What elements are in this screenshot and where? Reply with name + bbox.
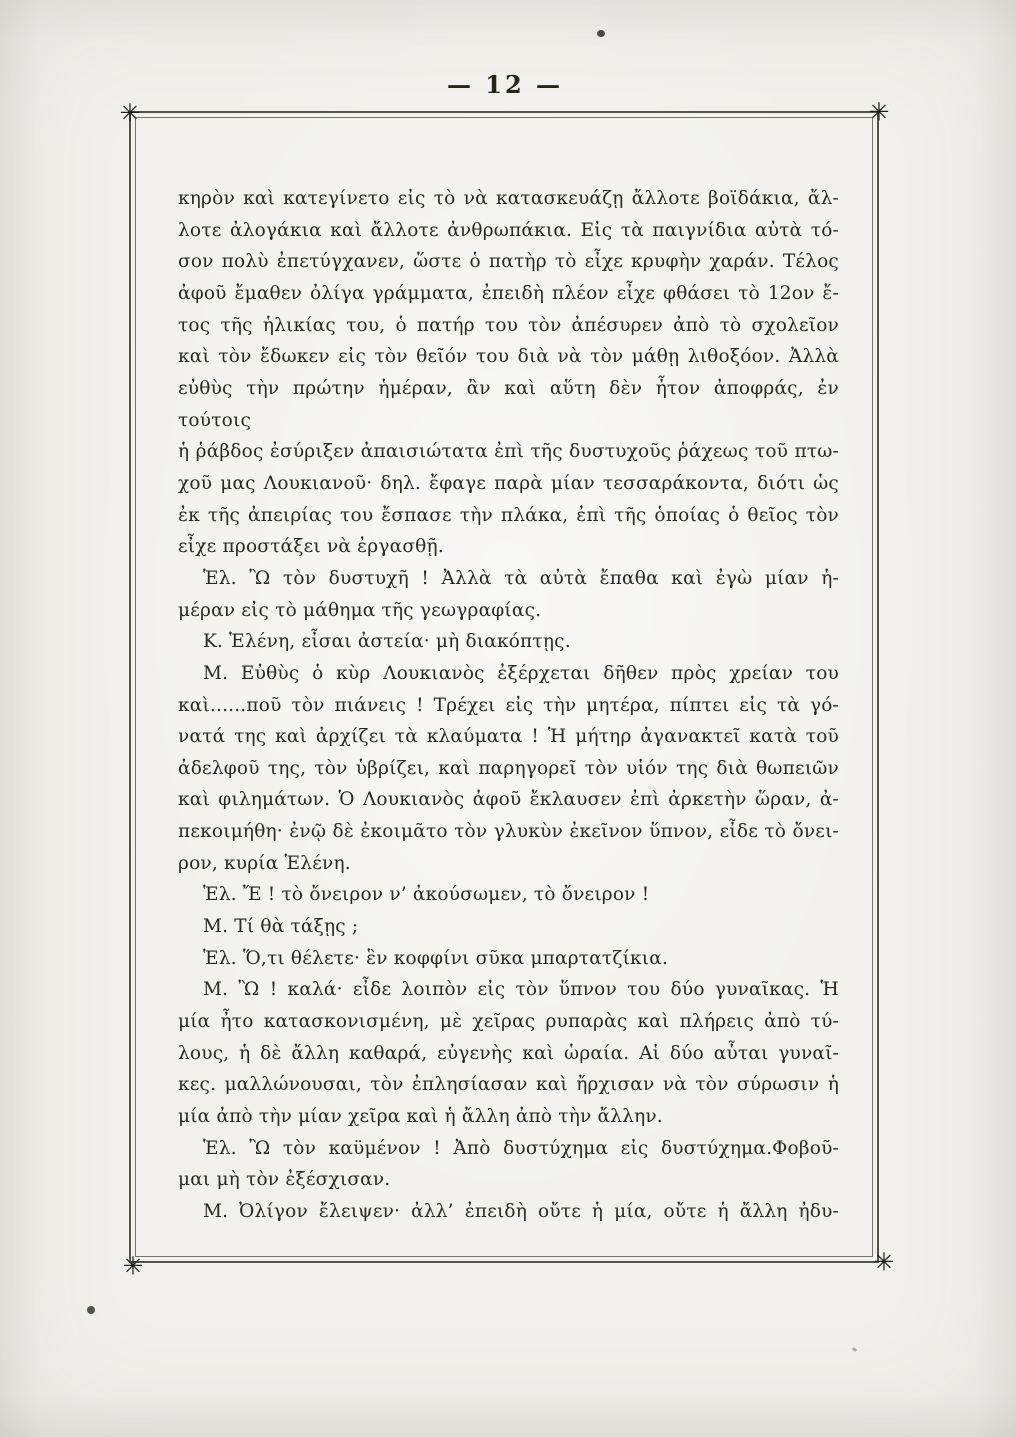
- text-line: ρον, κυρία Ἑλένη.: [178, 848, 839, 880]
- text-line: μία ἀπὸ τὴν μίαν χεῖρα καὶ ἡ ἄλλη ἀπὸ τὴ…: [178, 1101, 839, 1133]
- text-line: πεκοιμήθη· ἐνῷ δὲ ἐκοιμᾶτο τὸν γλυκὺν ἐκ…: [178, 816, 839, 848]
- text-line: Μ. Ὢ ! καλά· εἶδε λοιπὸν εἰς τὸν ὕπνον τ…: [178, 974, 839, 1006]
- text-line: λοτε ἀλογάκια καὶ ἄλλοτε ἀνθρωπάκια. Εἰς…: [178, 215, 839, 247]
- text-block: κηρὸν καὶ κατεγίνετο εἰς τὸ νὰ κατασκευά…: [178, 183, 839, 1228]
- text-line: εὐθὺς τὴν πρώτην ἡμέραν, ἂν καὶ αὕτη δὲν…: [178, 373, 839, 436]
- corner-star-icon: ✳: [123, 1254, 144, 1279]
- page-number: — 12 —: [129, 70, 881, 99]
- corner-star-icon: ✳: [120, 101, 141, 126]
- text-line: εἶχε προστάξει νὰ ἐργασθῇ.: [178, 531, 839, 563]
- text-line: ἀφοῦ ἔμαθεν ὀλίγα γράμματα, ἐπειδὴ πλέον…: [178, 278, 839, 310]
- text-line: Μ. Τί θὰ τάξῃς ;: [178, 911, 839, 943]
- text-line: Μ. Εὐθὺς ὁ κὺρ Λουκιανὸς ἐξέρχεται δῆθεν…: [178, 658, 839, 690]
- text-line: Ἑλ. Ὢ τὸν δυστυχῆ ! Ἀλλὰ τὰ αὐτὰ ἔπαθα κ…: [178, 563, 839, 595]
- scan-speck: [87, 1306, 95, 1314]
- text-line: μία ἦτο κατασκονισμένη, μὲ χεῖρας ρυπαρὰ…: [178, 1006, 839, 1038]
- text-line: Ἑλ. Ἔ ! τὸ ὄνειρον ν’ ἀκούσωμεν, τὸ ὄνει…: [178, 879, 839, 911]
- corner-star-icon: ✳: [869, 100, 890, 125]
- text-line: νατά της καὶ ἀρχίζει τὰ κλαύματα ! Ἡ μήτ…: [178, 721, 839, 753]
- text-line: κηρὸν καὶ κατεγίνετο εἰς τὸ νὰ κατασκευά…: [178, 183, 839, 215]
- text-line: καὶ......ποῦ τὸν πιάνεις ! Τρέχει εἰς τὴ…: [178, 690, 839, 722]
- text-line: λους, ἡ δὲ ἄλλη καθαρά, εὐγενὴς καὶ ὡραί…: [178, 1038, 839, 1070]
- text-line: ἡ ῥάβδος ἐσύριξεν ἀπαισιώτατα ἐπὶ τῆς δυ…: [178, 436, 839, 468]
- scanned-book-page: { "page": { "number_label": "— 12 —", "c…: [0, 0, 1016, 1437]
- text-line: καὶ τὸν ἔδωκεν εἰς τὸν θεῖόν του διὰ νὰ …: [178, 341, 839, 373]
- text-line: καὶ φιλημάτων. Ὁ Λουκιανὸς ἀφοῦ ἔκλαυσεν…: [178, 784, 839, 816]
- scan-speck: [597, 30, 605, 37]
- text-line: μαι μὴ τὸν ἐξέσχισαν.: [178, 1164, 839, 1196]
- text-line: κες. μαλλώνουσαι, τὸν ἐπλησίασαν καὶ ἤρχ…: [178, 1069, 839, 1101]
- corner-star-icon: ✳: [874, 1250, 895, 1275]
- text-line: Κ. Ἑλένη, εἶσαι ἀστεία· μὴ διακόπτῃς.: [178, 626, 839, 658]
- text-line: σον πολὺ ἐπετύγχανεν, ὥστε ὁ πατὴρ τὸ εἶ…: [178, 246, 839, 278]
- text-line: μέραν εἰς τὸ μάθημα τῆς γεωγραφίας.: [178, 595, 839, 627]
- text-line: Ἑλ. Ὢ τὸν καϋμένον ! Ἀπὸ δυστύχημα εἰς δ…: [178, 1133, 839, 1165]
- text-line: ἀδελφοῦ της, τὸν ὑβρίζει, καὶ παρηγορεῖ …: [178, 753, 839, 785]
- scan-speck: [852, 1347, 858, 1352]
- text-line: τος τῆς ἡλικίας του, ὁ πατήρ του τὸν ἀπέ…: [178, 310, 839, 342]
- text-line: ἐκ τῆς ἀπειρίας του ἔσπασε τὴν πλάκα, ἐπ…: [178, 500, 839, 532]
- text-line: Μ. Ὀλίγον ἔλειψεν· ἀλλ’ ἐπειδὴ οὔτε ἡ μί…: [178, 1196, 839, 1228]
- text-line: χοῦ μας Λουκιανοῦ· δηλ. ἔφαγε παρὰ μίαν …: [178, 468, 839, 500]
- text-line: Ἑλ. Ὅ,τι θέλετε· ἓν κοφφίνι σῦκα μπαρτατ…: [178, 943, 839, 975]
